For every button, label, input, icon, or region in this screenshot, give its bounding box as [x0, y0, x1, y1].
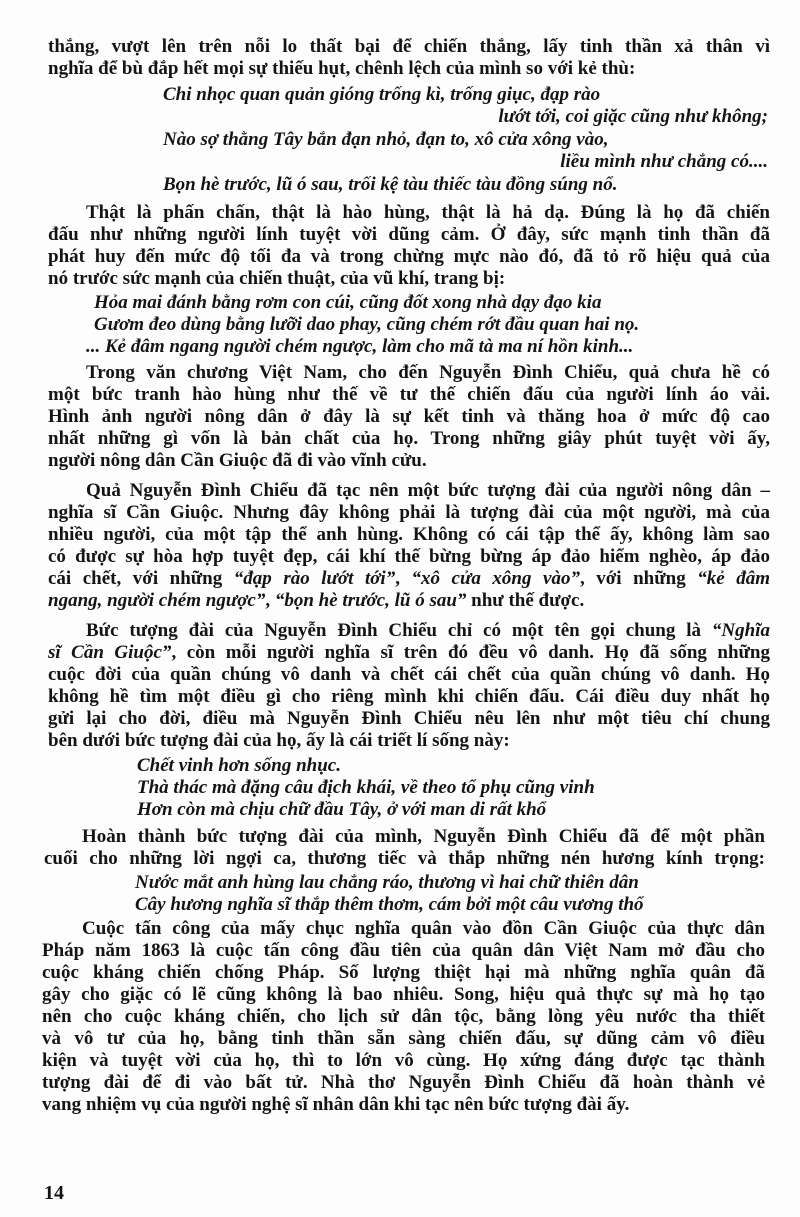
- text-line: tượng đài để đi vào bất tử. Nhà thơ Nguy…: [42, 1072, 765, 1094]
- text-run: ,: [265, 590, 275, 611]
- text-line: vang nhiệm vụ của người nghệ sĩ nhân dân…: [42, 1094, 765, 1116]
- text-line: kiện và tuyệt vời của họ, thì to lớn vô …: [42, 1050, 765, 1072]
- text-line: nó trước sức mạnh của chiến thuật, của v…: [48, 268, 770, 290]
- text-line: Cuộc tấn công của mấy chục nghĩa quân và…: [82, 918, 765, 940]
- text-line: Hình ảnh người nông dân ở đây là sự kết …: [48, 406, 770, 428]
- text-line: sĩ Cần Giuộc”, còn mỗi người nghĩa sĩ tr…: [48, 642, 770, 664]
- text-line: thắng, vượt lên trên nỗi lo thất bại để …: [48, 36, 770, 58]
- quoted-phrase: “bọn hè trước, lũ ó sau”: [275, 590, 467, 611]
- quoted-phrase: ngang, người chém ngược”: [48, 590, 265, 611]
- verse-line: Bọn hè trước, lũ ó sau, trối kệ tàu thiế…: [163, 174, 617, 196]
- text-line: Thật là phấn chấn, thật là hào hùng, thậ…: [86, 202, 770, 224]
- text-run: ,: [395, 568, 411, 589]
- verse-line: Chết vinh hơn sống nhục.: [137, 755, 341, 777]
- page-number: 14: [44, 1182, 64, 1205]
- text-line: nhiều người, của một tập thể anh hùng. K…: [48, 524, 770, 546]
- verse-line: Nào sợ thằng Tây bắn đạn nhỏ, đạn to, xô…: [163, 129, 608, 151]
- verse-line: liều mình như chẳng có....: [560, 151, 768, 173]
- quoted-phrase: “đạp rào lướt tới”: [234, 568, 395, 589]
- verse-line: Hơn còn mà chịu chữ đầu Tây, ở với man d…: [137, 799, 546, 821]
- verse-line: lướt tới, coi giặc cũng như không;: [498, 106, 768, 128]
- text-line: đấu như những người lính tuyệt vời dũng …: [48, 224, 770, 246]
- text-line: nghĩa để bù đắp hết mọi sự thiếu hụt, ch…: [48, 58, 770, 80]
- text-run: , với những: [580, 568, 697, 589]
- quoted-phrase: “xô cửa xông vào”: [412, 568, 580, 589]
- text-line: phát huy đến mức độ tối đa và trong chừn…: [48, 246, 770, 268]
- text-line: và vô tư của họ, bằng tinh thần sẵn sàng…: [42, 1028, 765, 1050]
- text-line: Pháp năm 1863 là cuộc tấn công đầu tiên …: [42, 940, 765, 962]
- text-run: Bức tượng đài của Nguyễn Đình Chiểu chỉ …: [86, 620, 712, 641]
- text-line: bên dưới bức tượng đài của họ, ấy là cái…: [48, 730, 770, 752]
- text-line: không hề tìm một điều gì cho riêng mình …: [48, 686, 770, 708]
- text-line: nghĩa sĩ Cần Giuộc. Nhưng đây không phải…: [48, 502, 770, 524]
- text-line: có được sự hòa hợp tuyệt đẹp, cái khí th…: [48, 546, 770, 568]
- text-line: Quả Nguyễn Đình Chiểu đã tạc nên một bức…: [86, 480, 770, 502]
- text-line: cuộc đời của quần chúng vô danh và chết …: [48, 664, 770, 686]
- text-run: cái chết, với những: [48, 568, 234, 589]
- text-line: Trong văn chương Việt Nam, cho đến Nguyễ…: [86, 362, 770, 384]
- text-line: gây cho giặc có lẽ cũng không là bao nhi…: [42, 984, 765, 1006]
- text-line: cái chết, với những “đạp rào lướt tới”, …: [48, 568, 770, 590]
- text-line: nhất những gì vốn là bản chất của họ. Tr…: [48, 428, 770, 450]
- text-line: ngang, người chém ngược”, “bọn hè trước,…: [48, 590, 770, 612]
- text-line: một bức tranh hào hùng như thế về tư thế…: [48, 384, 770, 406]
- verse-line: Chi nhọc quan quản gióng trống kì, trống…: [163, 84, 600, 106]
- text-line: gửi lại cho đời, điều mà Nguyễn Đình Chi…: [48, 708, 770, 730]
- text-line: cuối cho những lời ngợi ca, thương tiếc …: [44, 848, 765, 870]
- book-page: thắng, vượt lên trên nỗi lo thất bại để …: [0, 0, 800, 1217]
- verse-line: Thà thác mà đặng câu địch khái, về theo …: [137, 777, 595, 799]
- text-line: nên cho cuộc kháng chiến, cho lịch sử dâ…: [42, 1006, 765, 1028]
- verse-line: Nước mắt anh hùng lau chẳng ráo, thương …: [135, 872, 639, 894]
- text-line: người nông dân Cần Giuộc đã đi vào vĩnh …: [48, 450, 770, 472]
- verse-line: Cây hương nghĩa sĩ thắp thêm thơm, cám b…: [135, 894, 644, 916]
- text-run: như thế được.: [466, 590, 584, 611]
- text-run: , còn mỗi người nghĩa sĩ trên đó đều vô …: [171, 642, 770, 663]
- quoted-phrase: “Nghĩa: [712, 620, 770, 641]
- text-line: cuộc kháng chiến chống Pháp. Số lượng th…: [42, 962, 765, 984]
- text-line: Bức tượng đài của Nguyễn Đình Chiểu chỉ …: [86, 620, 770, 642]
- verse-line: Gươm đeo dùng bằng lưỡi dao phay, cũng c…: [94, 314, 639, 336]
- verse-line: Hỏa mai đánh bằng rơm con cúi, cũng đốt …: [94, 292, 601, 314]
- quoted-phrase: sĩ Cần Giuộc”: [48, 642, 171, 663]
- text-line: Hoàn thành bức tượng đài của mình, Nguyễ…: [82, 826, 765, 848]
- verse-line: ... Kẻ đâm ngang người chém ngược, làm c…: [86, 336, 633, 358]
- quoted-phrase: “kẻ đâm: [697, 568, 770, 589]
